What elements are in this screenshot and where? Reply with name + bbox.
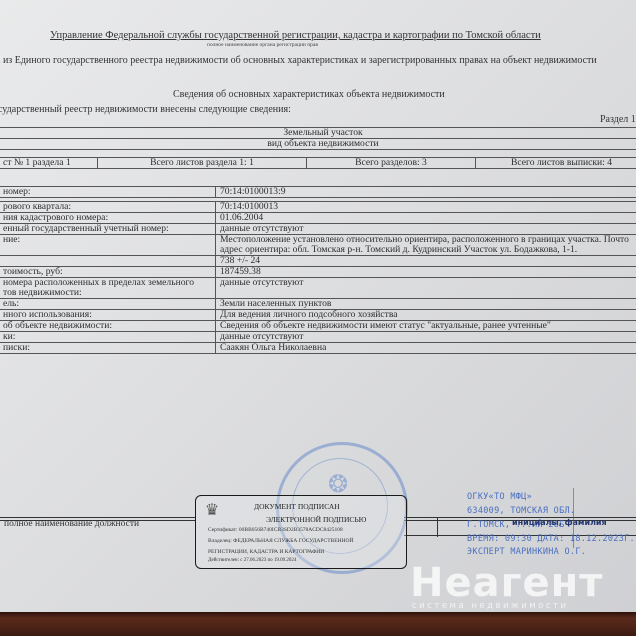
row-value: 70:14:0100013 (216, 202, 636, 213)
characteristics-table: номер:70:14:0100013:9рового квартала:70:… (0, 186, 636, 354)
row-value: 01.06.2004 (216, 213, 636, 224)
mfc-stamp-expert: ЭКСПЕРТ МАРИНКИНА О.Г. (467, 547, 586, 557)
sheets-in-section: Всего листов раздела 1: 1 (98, 158, 307, 169)
section-title: Сведения об основных характеристиках объ… (173, 89, 445, 100)
table-row: енный государственный учетный номер:данн… (0, 224, 636, 235)
esign-title: ДОКУМЕНТ ПОДПИСАН (254, 502, 340, 511)
initials-caption: инициалы, фамилия (512, 518, 607, 527)
section-label: Раздел 1 (600, 114, 636, 125)
table-row: писки:Саакян Ольга Николаевна (0, 343, 636, 354)
row-label: об объекте недвижимости: (0, 321, 216, 332)
mfc-stamp-time: ВРЕМЯ: 09:30 ДАТА: 18.12.2023Г. (467, 534, 635, 544)
row-label: номера расположенных в пределах земельно… (0, 278, 216, 299)
handwritten-signature (573, 488, 574, 548)
esign-subtitle: ЭЛЕКТРОННОЙ ПОДПИСЬЮ (266, 515, 366, 524)
table-row: ния кадастрового номера:01.06.2004 (0, 213, 636, 224)
table-row: ель:Земли населенных пунктов (0, 299, 636, 310)
table-surface (0, 612, 636, 636)
row-label: ние: (0, 235, 216, 256)
total-sections: Всего разделов: 3 (307, 158, 476, 169)
document-title: а из Единого государственного реестра не… (0, 55, 597, 66)
esign-validity: Действителен: с 27.06.2023 по 19.09.2024 (208, 558, 296, 563)
table-row: номер:70:14:0100013:9 (0, 187, 636, 198)
document-page: Управление Федеральной службы государств… (0, 0, 636, 612)
object-type-caption: вид объекта недвижимости (0, 139, 636, 150)
row-label: ния кадастрового номера: (0, 213, 216, 224)
row-value: Земли населенных пунктов (216, 299, 636, 310)
row-value: данные отсутствуют (216, 332, 636, 343)
row-value: Для ведения личного подсобного хозяйства (216, 310, 636, 321)
mfc-stamp-line: ОГКУ«ТО МФЦ» (467, 492, 532, 502)
watermark-tagline: система недвижимости (412, 601, 569, 611)
row-label: нного использования: (0, 310, 216, 321)
table-row: нного использования:Для ведения личного … (0, 310, 636, 321)
row-label: писки: (0, 343, 216, 354)
table-row: 738 +/- 24 (0, 256, 636, 267)
row-label: ки: (0, 332, 216, 343)
signature-line (0, 517, 196, 518)
divider (437, 517, 438, 537)
row-value: Саакян Ольга Николаевна (216, 343, 636, 354)
row-value: Сведения об объекте недвижимости имеют с… (216, 321, 636, 332)
object-type: Земельный участок (0, 128, 636, 139)
object-type-table: Земельный участок вид объекта недвижимос… (0, 127, 636, 150)
row-value: Местоположение установлено относительно … (216, 235, 636, 256)
intro-text: сударственный реестр недвижимости внесен… (0, 104, 291, 115)
table-row: об объекте недвижимости:Сведения об объе… (0, 321, 636, 332)
table-row: тоимость, руб:187459.38 (0, 267, 636, 278)
row-value: данные отсутствуют (216, 278, 636, 299)
row-label: рового квартала: (0, 202, 216, 213)
table-row: ние:Местоположение установлено относител… (0, 235, 636, 256)
row-value: 70:14:0100013:9 (216, 187, 636, 198)
seal-emblem-icon: ❂ (328, 470, 348, 498)
row-label (0, 256, 216, 267)
row-value: 738 +/- 24 (216, 256, 636, 267)
mfc-stamp-line: 634009, ТОМСКАЯ ОБЛ. (467, 506, 575, 516)
table-row: ки:данные отсутствуют (0, 332, 636, 343)
table-row: номера расположенных в пределах земельно… (0, 278, 636, 299)
esign-owner: Владелец: ФЕДЕРАЛЬНАЯ СЛУЖБА ГОСУДАРСТВЕ… (208, 538, 353, 544)
row-value: данные отсутствуют (216, 224, 636, 235)
row-label: ель: (0, 299, 216, 310)
table-row: рового квартала:70:14:0100013 (0, 202, 636, 213)
total-sheets: Всего листов выписки: 4 (476, 158, 636, 169)
row-label: енный государственный учетный номер: (0, 224, 216, 235)
esign-certificate: Сертификат: 00BB056B740ICB3SD2B3578ACDC8… (208, 527, 343, 533)
organization-caption: полное наименование органа регистрации п… (207, 42, 318, 48)
electronic-signature-block: ♛ ДОКУМЕНТ ПОДПИСАН ЭЛЕКТРОННОЙ ПОДПИСЬЮ… (195, 495, 407, 569)
row-label: тоимость, руб: (0, 267, 216, 278)
sheet-number: ст № 1 раздела 1 (0, 158, 98, 169)
organization-name: Управление Федеральной службы государств… (50, 30, 541, 41)
position-caption: полное наименование должности (4, 519, 139, 529)
watermark-brand: Неагент (410, 560, 603, 606)
sheets-table: ст № 1 раздела 1 Всего листов раздела 1:… (0, 157, 636, 169)
row-label: номер: (0, 187, 216, 198)
esign-owner-2: РЕГИСТРАЦИИ, КАДАСТРА И КАРТОГРАФИИ (208, 549, 324, 555)
row-value: 187459.38 (216, 267, 636, 278)
coat-of-arms-icon: ♛ (204, 500, 220, 520)
